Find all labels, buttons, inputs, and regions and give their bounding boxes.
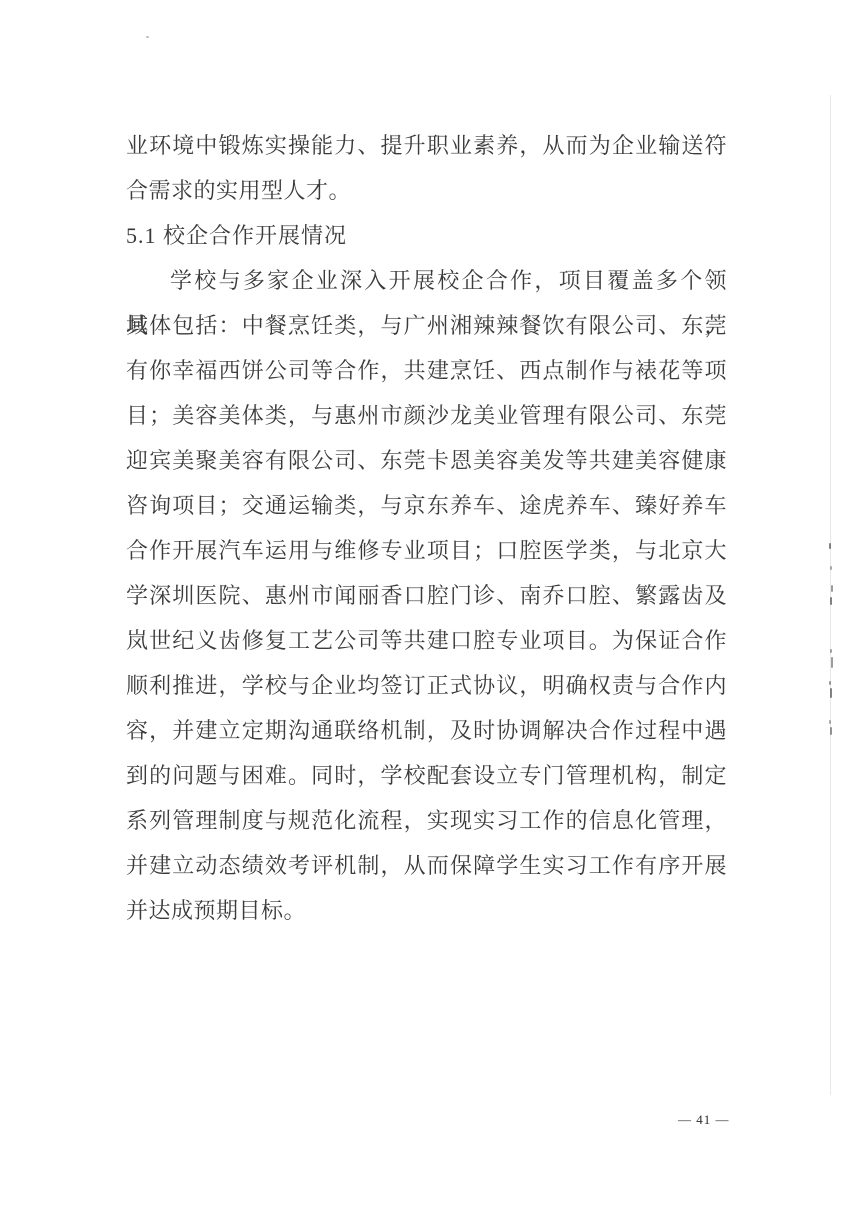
text-line: 学校与多家企业深入开展校企合作，项目覆盖多个领域， [126, 258, 727, 303]
text-line: 咨询项目；交通运输类，与京东养车、途虎养车、臻好养车 [126, 483, 727, 528]
text-line: 并建立动态绩效考评机制，从而保障学生实习工作有序开展 [126, 843, 727, 888]
section-heading: 5.1 校企合作开展情况 [126, 213, 727, 258]
text-line: 合需求的实用型人才。 [126, 168, 727, 213]
text-line: 业环境中锻炼实操能力、提升职业素养，从而为企业输送符 [126, 123, 727, 168]
scan-mark [831, 657, 833, 668]
text-block: 业环境中锻炼实操能力、提升职业素养，从而为企业输送符 合需求的实用型人才。 5.… [126, 123, 727, 933]
scan-speck [146, 36, 149, 38]
text-line: 合作开展汽车运用与维修专业项目；口腔医学类，与北京大 [126, 528, 727, 573]
text-line: 容，并建立定期沟通联络机制，及时协调解决合作过程中遇 [126, 708, 727, 753]
scan-mark [831, 585, 833, 592]
text-line: 具体包括：中餐烹饪类，与广州湘辣辣餐饮有限公司、东莞 [126, 303, 727, 348]
scan-mark [829, 681, 831, 685]
text-line: 系列管理制度与规范化流程，实现实习工作的信息化管理， [126, 798, 727, 843]
text-line: 目；美容美体类，与惠州市颜沙龙美业管理有限公司、东莞 [126, 393, 727, 438]
scan-mark [830, 566, 832, 570]
scan-edge-line [830, 95, 831, 1095]
text-line: 顺利推进，学校与企业均签订正式协议，明确权责与合作内 [126, 663, 727, 708]
scan-mark [829, 543, 831, 549]
scan-mark [830, 649, 832, 653]
scan-mark [830, 688, 832, 698]
text-line: 学深圳医院、惠州市闻丽香口腔门诊、南乔口腔、繁露齿及 [126, 573, 727, 618]
page-number: — 41 — [678, 1110, 730, 1130]
scan-mark [829, 720, 831, 724]
text-line: 有你幸福西饼公司等合作，共建烹饪、西点制作与裱花等项 [126, 348, 727, 393]
text-line: 到的问题与困难。同时，学校配套设立专门管理机构，制定 [126, 753, 727, 798]
text-line: 迎宾美聚美容有限公司、东莞卡恩美容美发等共建美容健康 [126, 438, 727, 483]
text-line: 并达成预期目标。 [126, 888, 727, 933]
scan-mark [830, 597, 832, 605]
scan-mark [830, 727, 832, 735]
document-page: 业环境中锻炼实操能力、提升职业素养，从而为企业输送符 合需求的实用型人才。 5.… [0, 0, 858, 1213]
text-line: 岚世纪义齿修复工艺公司等共建口腔专业项目。为保证合作 [126, 618, 727, 663]
